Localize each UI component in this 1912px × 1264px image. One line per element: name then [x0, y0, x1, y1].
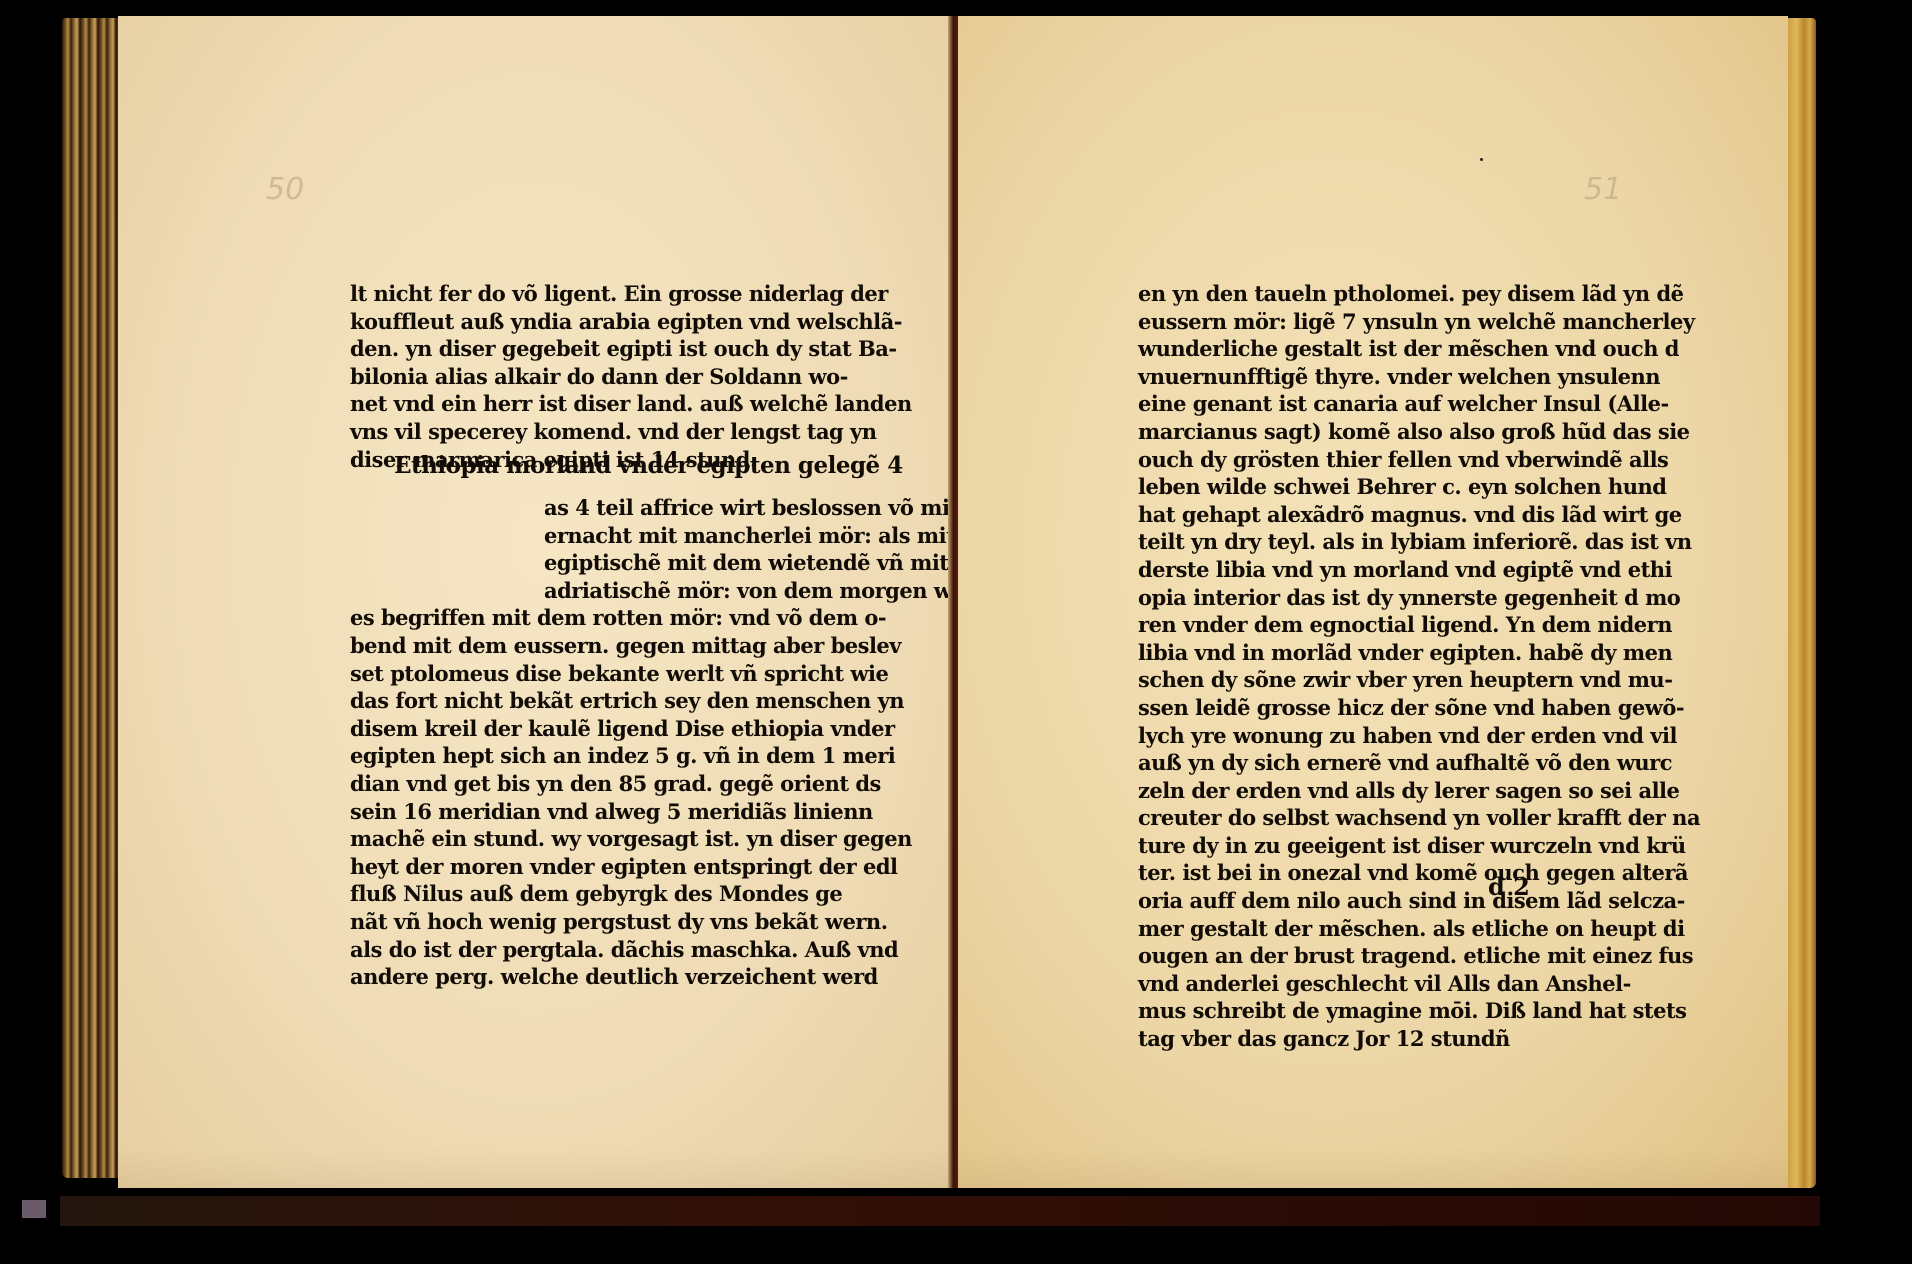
text-line: wunderliche gestalt ist der mẽschen vnd … — [1138, 335, 1558, 363]
text-line: derste libia vnd yn morland vnd egiptẽ v… — [1138, 556, 1558, 584]
open-book: 50 lt nicht fer do võ ligent. Ein grosse… — [0, 0, 1912, 1264]
text-line: ougen an der brust tragend. etliche mit … — [1138, 942, 1558, 970]
text-line: machẽ ein stund. wy vorgesagt ist. yn di… — [350, 825, 780, 853]
text-line: ouch dy grösten thier fellen vnd vberwin… — [1138, 446, 1558, 474]
background-object — [22, 1200, 46, 1218]
text-line: dian vnd get bis yn den 85 grad. gegẽ or… — [350, 770, 780, 798]
text-line: lt nicht fer do võ ligent. Ein grosse ni… — [350, 280, 780, 308]
text-line: ture dy in zu geeigent ist diser wurczel… — [1138, 832, 1558, 860]
text-line: mus schreibt de ymagine mōi. Diß land ha… — [1138, 997, 1558, 1025]
text-line: ssen leidẽ grosse hicz der sõne vnd habe… — [1138, 694, 1558, 722]
text-line: set ptolomeus dise bekante werlt vñ spri… — [350, 660, 780, 688]
signature-mark: d 2 — [1488, 872, 1530, 901]
text-line: disem kreil der kaulẽ ligend Dise ethiop… — [350, 715, 780, 743]
text-line: eussern mör: ligẽ 7 ynsuln yn welchẽ man… — [1138, 308, 1558, 336]
ink-speck — [1480, 158, 1483, 161]
text-line: adriatischẽ mör: von dem morgen wirt — [350, 577, 780, 605]
text-line: creuter do selbst wachsend yn voller kra… — [1138, 804, 1558, 832]
text-line: net vnd ein herr ist diser land. auß wel… — [350, 390, 780, 418]
text-line: mer gestalt der mẽschen. als etliche on … — [1138, 915, 1558, 943]
left-page: 50 lt nicht fer do võ ligent. Ein grosse… — [118, 16, 951, 1188]
text-line: vnd anderlei geschlecht vil Alls dan Ans… — [1138, 970, 1558, 998]
text-line: andere perg. welche deutlich verzeichent… — [350, 963, 780, 991]
text-line: as 4 teil affrice wirt beslossen võ mitt… — [350, 494, 780, 522]
text-line: auß yn dy sich ernerẽ vnd aufhaltẽ võ de… — [1138, 749, 1558, 777]
left-paragraph-1: lt nicht fer do võ ligent. Ein grosse ni… — [350, 280, 780, 473]
text-line: schen dy sõne zwir vber yren heuptern vn… — [1138, 666, 1558, 694]
text-line: bilonia alias alkair do dann der Soldann… — [350, 363, 780, 391]
text-line: das fort nicht bekãt ertrich sey den men… — [350, 687, 780, 715]
text-line: egiptischẽ mit dem wietendẽ vñ mit dẽ — [350, 549, 780, 577]
text-line: ernacht mit mancherlei mör: als mit dẽ — [350, 522, 780, 550]
text-line: egipten hept sich an indez 5 g. vñ in de… — [350, 742, 780, 770]
text-line: eine genant ist canaria auf welcher Insu… — [1138, 390, 1558, 418]
text-line: fluß Nilus auß dem gebyrgk des Mondes ge — [350, 880, 780, 908]
section-heading: Ethiopia morland vnder egipten gelegẽ 4 — [394, 452, 903, 479]
text-line: zeln der erden vnd alls dy lerer sagen s… — [1138, 777, 1558, 805]
right-page: 51 en yn den taueln ptholomei. pey disem… — [958, 16, 1788, 1188]
text-line: als do ist der pergtala. dãchis maschka.… — [350, 936, 780, 964]
text-line: heyt der moren vnder egipten entspringt … — [350, 853, 780, 881]
text-line: ren vnder dem egnoctial ligend. Yn dem n… — [1138, 611, 1558, 639]
text-line: opia interior das ist dy ynnerste gegenh… — [1138, 584, 1558, 612]
text-line: bend mit dem eussern. gegen mittag aber … — [350, 632, 780, 660]
text-line: es begriffen mit dem rotten mör: vnd võ … — [350, 604, 780, 632]
text-line: nãt vñ hoch wenig pergstust dy vns bekãt… — [350, 908, 780, 936]
deckle-edge — [118, 1148, 950, 1188]
text-line: sein 16 meridian vnd alweg 5 meridiãs li… — [350, 798, 780, 826]
page-number-right: 51 — [1584, 172, 1622, 207]
text-line: lych yre wonung zu haben vnd der erden v… — [1138, 722, 1558, 750]
deckle-edge — [958, 1148, 1788, 1188]
text-line: den. yn diser gegebeit egipti ist ouch d… — [350, 335, 780, 363]
text-line: marcianus sagt) komẽ also also groß hũd … — [1138, 418, 1558, 446]
right-page-edges — [1786, 18, 1816, 1188]
text-line: hat gehapt alexãdrõ magnus. vnd dis lãd … — [1138, 501, 1558, 529]
left-paragraph-2: as 4 teil affrice wirt beslossen võ mitt… — [350, 494, 780, 991]
text-line: teilt yn dry teyl. als in lybiam inferio… — [1138, 528, 1558, 556]
text-line: libia vnd in morlãd vnder egipten. habẽ … — [1138, 639, 1558, 667]
book-shadow — [60, 1196, 1820, 1226]
text-line: vns vil specerey komend. vnd der lengst … — [350, 418, 780, 446]
text-line: en yn den taueln ptholomei. pey disem lã… — [1138, 280, 1558, 308]
text-line: leben wilde schwei Behrer c. eyn solchen… — [1138, 473, 1558, 501]
page-number-left: 50 — [266, 172, 304, 207]
text-line: kouffleut auß yndia arabia egipten vnd w… — [350, 308, 780, 336]
text-line: tag vber das gancz Jor 12 stundñ — [1138, 1025, 1558, 1053]
right-paragraph: en yn den taueln ptholomei. pey disem lã… — [1138, 280, 1558, 1053]
text-line: vnuernunfftigẽ thyre. vnder welchen ynsu… — [1138, 363, 1558, 391]
left-page-edges — [62, 18, 120, 1178]
